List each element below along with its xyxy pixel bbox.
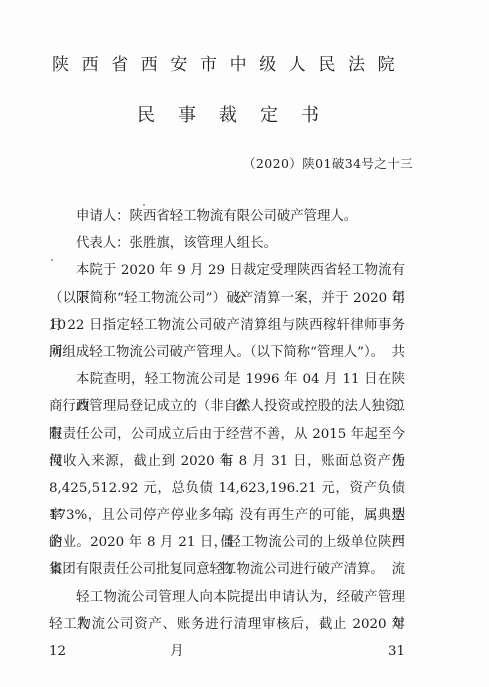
body-line: 本院于 2020 年 9 月 29 日裁定受理陕西省轻工物流有限公司 [49, 257, 405, 284]
document-type-heading: 民事裁定书 [137, 101, 342, 127]
body-line: （以下简称“轻工物流公司”）破产清算一案，并于 2020 年 10 [49, 285, 405, 312]
body-line: 商行政管理局登记成立的（非自然人投资或控股的法人独资）有 [49, 393, 405, 420]
scan-speck [51, 259, 53, 261]
body-line: 8,425,512.92 元，总负债 14,623,196.21 元，资产负债率… [49, 475, 405, 502]
body-line: 同组成轻工物流公司破产管理人。（以下简称“管理人”）。 [49, 339, 405, 366]
body-line: 轻工物流公司管理人向本院提出申请认为，经破产管理人对 [49, 584, 405, 611]
body-line: 集团有限责任公司批复同意轻工物流公司进行破产清算。 [49, 556, 405, 583]
case-number: （2020）陕01破34号之十三 [243, 154, 413, 172]
body-line-representative: 代表人：张胜旗，该管理人组长。 [49, 230, 405, 257]
body-line: 173%，且公司停产停业多年，没有再生产的可能，属典型的僵尸 [49, 502, 405, 529]
body-line-applicant: 申请人：陕西省轻工物流有限公司破产管理人。 [49, 203, 405, 230]
body-line: 限责任公司，公司成立后由于经营不善，从 2015 年起至今没有任 [49, 421, 405, 448]
body-line: 本院查明，轻工物流公司是 1996 年 04 月 11 日在陕西省工 [49, 366, 405, 393]
court-name-heading: 陕西省西安市中级人民法院 [52, 50, 412, 75]
body-line: 何收入来源，截止到 2020 年 8 月 31 日，账面总资产为 [49, 448, 405, 475]
body-line: 企业。2020 年 8 月 21 日，轻工物流公司的上级单位陕西省物流 [49, 529, 405, 556]
scan-speck [143, 204, 145, 206]
body-line: 月 22 日指定轻工物流公司破产清算组与陕西稼轩律师事务所共 [49, 312, 405, 339]
document-page: 陕西省西安市中级人民法院 民事裁定书 （2020）陕01破34号之十三 申请人：… [0, 0, 489, 687]
body-line: 轻工物流公司资产、账务进行清理审核后，截止 2020 年 12 月 31 [49, 611, 405, 638]
document-body: 申请人：陕西省轻工物流有限公司破产管理人。 代表人：张胜旗，该管理人组长。 本院… [49, 203, 405, 638]
